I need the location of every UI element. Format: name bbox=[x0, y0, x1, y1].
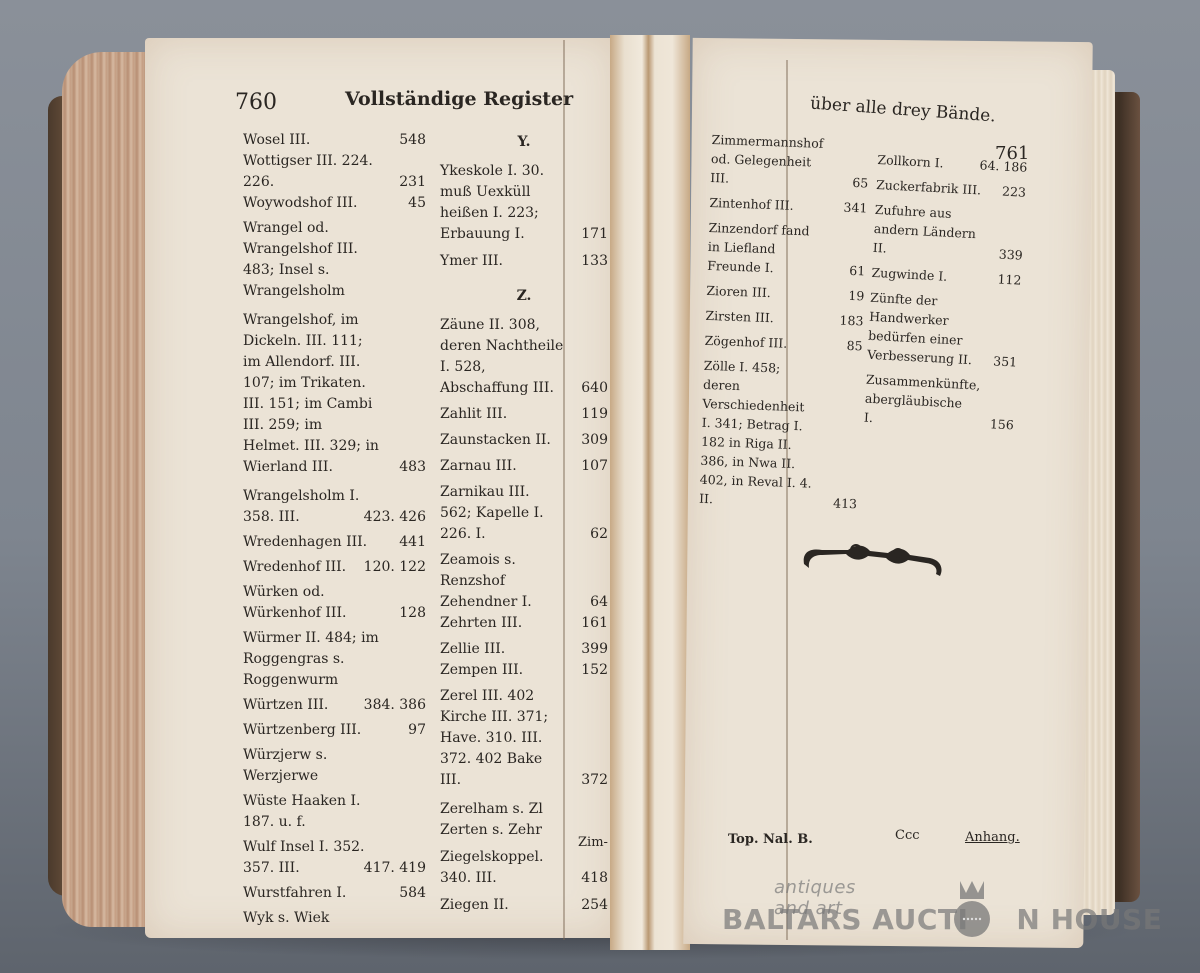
index-entry: Wulf Insel I. 352. 357. III.417. 419 bbox=[243, 837, 426, 879]
watermark-name: BALTARS AUCTIN HOUSE bbox=[722, 903, 1162, 936]
index-entry: Zölle I. 458; deren Verschiedenheit I. 3… bbox=[699, 356, 862, 513]
book-gutter bbox=[610, 35, 690, 950]
index-entry: Würtzenberg III.97 bbox=[243, 720, 426, 741]
index-entry: Wredenhagen III.441 bbox=[243, 532, 426, 553]
index-entry: Zinzendorf fand in Liefland Freunde I.61 bbox=[707, 218, 867, 280]
index-entry: Zusammenkünfte, abergläubische I.156 bbox=[864, 370, 1017, 435]
crown-globe-logo-icon bbox=[950, 879, 994, 939]
index-entry: Wurstfahren I.584 bbox=[243, 883, 426, 904]
index-entry: Zempen III.152 bbox=[440, 660, 608, 681]
catchword-right: Anhang. bbox=[965, 830, 1020, 845]
index-column-left-1: Wosel III.548 Wottigser III. 224. 226.23… bbox=[243, 130, 426, 929]
index-entry: Würken od. Würkenhof III.128 bbox=[243, 582, 426, 624]
section-letter: Y. bbox=[440, 132, 608, 153]
index-column-right-1: Zimmermannshof od. Gelegenheit III.65 Zi… bbox=[699, 130, 870, 513]
page-block-left bbox=[62, 52, 154, 927]
index-entry: Wrangelsholm I. 358. III.423. 426 bbox=[243, 486, 426, 528]
index-entry: Ykeskole I. 30. muß Uexküll heißen I. 22… bbox=[440, 161, 608, 245]
index-entry: Zäune II. 308, deren Nachtheile I. 528, … bbox=[440, 315, 608, 399]
signature-mark: Ccc bbox=[895, 828, 920, 843]
index-entry: Zünfte der Handwerker bedürfen einer Ver… bbox=[867, 288, 1021, 372]
index-entry: Wottigser III. 224. 226.231 bbox=[243, 151, 426, 193]
index-entry: Wüste Haaken I. 187. u. f. bbox=[243, 791, 426, 833]
index-entry: Zehrten III.161 bbox=[440, 613, 608, 634]
index-entry: Wosel III.548 bbox=[243, 130, 426, 151]
index-entry: Ziegelskoppel. 340. III.418 bbox=[440, 847, 608, 889]
index-entry: Ziegen II.254 bbox=[440, 895, 608, 916]
index-entry: Zeamois s. Renzshof bbox=[440, 550, 608, 592]
index-entry: Wyk s. Wiek bbox=[243, 908, 426, 929]
index-entry: Zahlit III.119 bbox=[440, 404, 608, 425]
running-head-left: Vollständige Register bbox=[345, 88, 573, 110]
index-entry: Zufuhre aus andern Ländern II.339 bbox=[872, 200, 1025, 265]
index-entry: Würtzen III.384. 386 bbox=[243, 695, 426, 716]
index-entry: Würmer II. 484; im Roggengras s. Roggenw… bbox=[243, 628, 426, 691]
index-entry: Zimmermannshof od. Gelegenheit III.65 bbox=[710, 130, 870, 192]
index-entry: Zehendner I.64 bbox=[440, 592, 608, 613]
index-entry: Zerelham s. Zl bbox=[440, 799, 608, 820]
index-entry: Zaunstacken II.309 bbox=[440, 430, 608, 451]
index-entry: Zerel III. 402 Kirche III. 371; Have. 31… bbox=[440, 686, 608, 791]
index-entry: Ymer III.133 bbox=[440, 251, 608, 272]
index-entry: Zarnau III.107 bbox=[440, 456, 608, 477]
index-entry: Wrangelshof, im Dickeln. III. 111; im Al… bbox=[243, 310, 426, 478]
index-entry: Zintenhof III.341 bbox=[709, 193, 868, 218]
ornament-divider-icon bbox=[798, 538, 948, 580]
page-number-left: 760 bbox=[235, 90, 277, 115]
index-entry: Würzjerw s. Werzjerwe bbox=[243, 745, 426, 787]
index-entry: Wrangel od. Wrangelshof III. 483; Insel … bbox=[243, 218, 426, 302]
index-entry: Woywodshof III.45 bbox=[243, 193, 426, 214]
index-entry: Zirsten III.183 bbox=[705, 306, 864, 331]
index-column-left-2: Y. Ykeskole I. 30. muß Uexküll heißen I.… bbox=[440, 126, 608, 916]
footer-note: Top. Nal. B. bbox=[728, 832, 813, 847]
index-entry: Zuckerfabrik III.223 bbox=[876, 175, 1027, 202]
index-entry: Zögenhof III.85 bbox=[704, 331, 863, 356]
index-entry: Wredenhof III.120. 122 bbox=[243, 557, 426, 578]
index-column-right-2: Zollkorn I.64. 186 Zuckerfabrik III.223 … bbox=[864, 150, 1028, 434]
index-entry: Zellie III.399 bbox=[440, 639, 608, 660]
index-entry: Zarnikau III. 562; Kapelle I. 226. I.62 bbox=[440, 482, 608, 545]
section-letter: Z. bbox=[440, 286, 608, 307]
catchword: Zim- bbox=[578, 835, 608, 850]
index-entry: Zugwinde I.112 bbox=[871, 263, 1022, 290]
index-entry: Zioren III.19 bbox=[706, 281, 865, 306]
